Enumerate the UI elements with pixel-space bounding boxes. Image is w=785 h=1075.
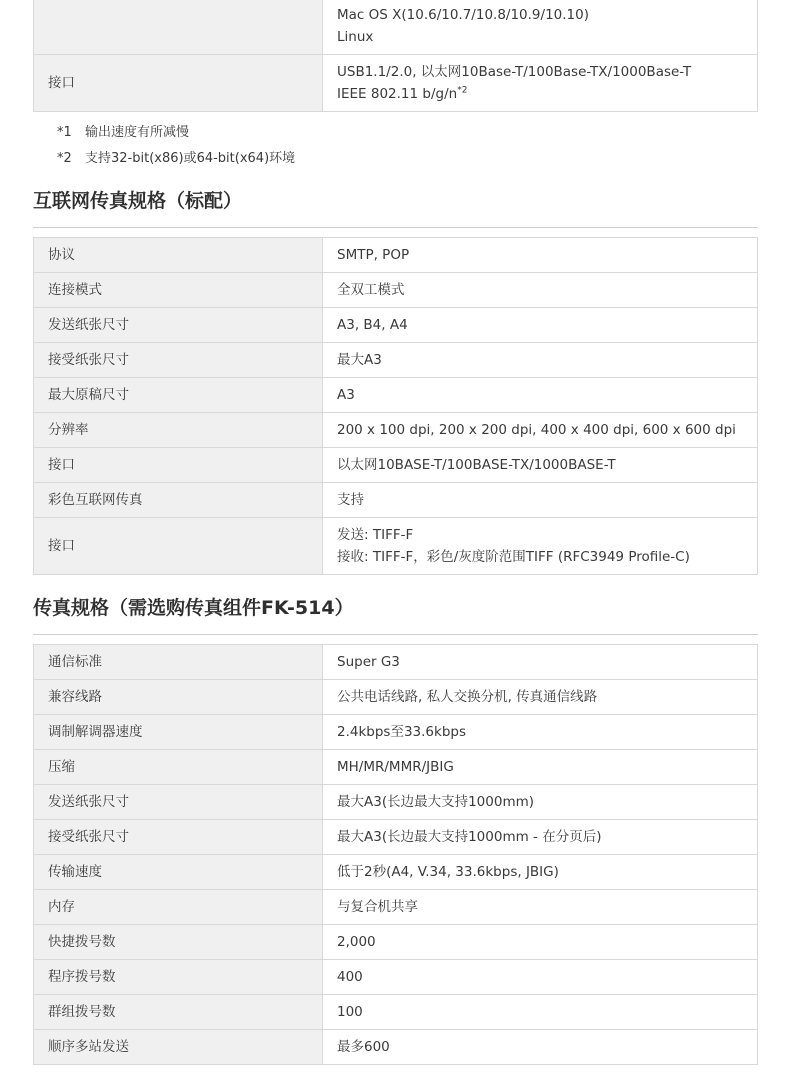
spec-value-cell: SMTP, POP	[323, 238, 758, 273]
spec-label-cell: 发送纸张尺寸	[34, 308, 323, 343]
spec-value-line: 接收: TIFF-F，彩色/灰度阶范围TIFF (RFC3949 Profile…	[337, 546, 743, 568]
spec-value-cell: 以太网10BASE-T/100BASE-TX/1000BASE-T	[323, 448, 758, 483]
footnote-line: *1输出速度有所减慢	[57, 120, 758, 146]
spec-value-cell: MH/MR/MMR/JBIG	[323, 750, 758, 785]
internet-fax-table-body: 协议SMTP, POP连接模式全双工模式发送纸张尺寸A3, B4, A4接受纸张…	[34, 238, 758, 575]
spec-label-cell: 压缩	[34, 750, 323, 785]
spec-label-cell: 连接模式	[34, 273, 323, 308]
spec-row: 发送纸张尺寸最大A3(长边最大支持1000mm)	[34, 785, 758, 820]
internet-fax-table-wrap: 协议SMTP, POP连接模式全双工模式发送纸张尺寸A3, B4, A4接受纸张…	[33, 237, 758, 575]
spec-row: 压缩MH/MR/MMR/JBIG	[34, 750, 758, 785]
spec-label-cell: 通信标准	[34, 645, 323, 680]
spec-value-line: 公共电话线路, 私人交换分机, 传真通信线路	[337, 686, 743, 708]
system-spec-table-body: Mac OS X(10.6/10.7/10.8/10.9/10.10)Linux…	[34, 0, 758, 112]
spec-row: 通信标准Super G3	[34, 645, 758, 680]
spec-label-cell: 快捷拨号数	[34, 925, 323, 960]
spec-row: 传输速度低于2秒(A4, V.34, 33.6kbps, JBIG)	[34, 855, 758, 890]
spec-value-line: 400	[337, 966, 743, 988]
spec-label-cell: 顺序多站发送	[34, 1030, 323, 1065]
footnote-marker: *1	[57, 120, 85, 146]
fax-table-wrap: 通信标准Super G3兼容线路公共电话线路, 私人交换分机, 传真通信线路调制…	[33, 644, 758, 1065]
spec-value-cell: 公共电话线路, 私人交换分机, 传真通信线路	[323, 680, 758, 715]
spec-row: 快捷拨号数2,000	[34, 925, 758, 960]
spec-value-cell: 最多600	[323, 1030, 758, 1065]
spec-label-cell: 程序拨号数	[34, 960, 323, 995]
spec-label-cell	[34, 0, 323, 55]
spec-value-line: 100	[337, 1001, 743, 1023]
spec-label-cell: 最大原稿尺寸	[34, 378, 323, 413]
fax-table-body: 通信标准Super G3兼容线路公共电话线路, 私人交换分机, 传真通信线路调制…	[34, 645, 758, 1065]
spec-value-cell: 支持	[323, 483, 758, 518]
spec-row: 群组拨号数100	[34, 995, 758, 1030]
spec-value-line: 2.4kbps至33.6kbps	[337, 721, 743, 743]
footnote-text: 输出速度有所减慢	[85, 120, 189, 146]
spec-value-line: A3	[337, 384, 743, 406]
internet-fax-spec-table: 协议SMTP, POP连接模式全双工模式发送纸张尺寸A3, B4, A4接受纸张…	[33, 237, 758, 575]
spec-row: 调制解调器速度2.4kbps至33.6kbps	[34, 715, 758, 750]
spec-label-cell: 群组拨号数	[34, 995, 323, 1030]
spec-value-cell: Super G3	[323, 645, 758, 680]
spec-row: 连接模式全双工模式	[34, 273, 758, 308]
spec-row: 内存与复合机共享	[34, 890, 758, 925]
spec-value-cell: 2,000	[323, 925, 758, 960]
spec-row: 程序拨号数400	[34, 960, 758, 995]
spec-row: 接受纸张尺寸最大A3(长边最大支持1000mm - 在分页后)	[34, 820, 758, 855]
spec-value-cell: 全双工模式	[323, 273, 758, 308]
spec-row: 接口发送: TIFF-F接收: TIFF-F，彩色/灰度阶范围TIFF (RFC…	[34, 518, 758, 575]
spec-value-cell: 最大A3(长边最大支持1000mm)	[323, 785, 758, 820]
section-internet-fax-spec: 互联网传真规格（标配） 协议SMTP, POP连接模式全双工模式发送纸张尺寸A3…	[33, 188, 758, 575]
spec-value-cell: 最大A3(长边最大支持1000mm - 在分页后)	[323, 820, 758, 855]
spec-value-line: A3, B4, A4	[337, 314, 743, 336]
spec-row: 彩色互联网传真支持	[34, 483, 758, 518]
section-fax-spec: 传真规格（需选购传真组件FK-514） 通信标准Super G3兼容线路公共电话…	[33, 595, 758, 1065]
footnote-line: *2支持32-bit(x86)或64-bit(x64)环境	[57, 146, 758, 172]
spec-row: 兼容线路公共电话线路, 私人交换分机, 传真通信线路	[34, 680, 758, 715]
spec-value-cell: A3, B4, A4	[323, 308, 758, 343]
internet-fax-section-heading: 互联网传真规格（标配）	[33, 188, 758, 228]
spec-label-cell: 协议	[34, 238, 323, 273]
spec-value-line: 200 x 100 dpi, 200 x 200 dpi, 400 x 400 …	[337, 419, 743, 441]
spec-row: Mac OS X(10.6/10.7/10.8/10.9/10.10)Linux	[34, 0, 758, 55]
spec-value-line: 与复合机共享	[337, 896, 743, 918]
spec-value-cell: Mac OS X(10.6/10.7/10.8/10.9/10.10)Linux	[323, 0, 758, 55]
footnote-marker: *2	[57, 146, 85, 172]
spec-value-cell: USB1.1/2.0, 以太网10Base-T/100Base-TX/1000B…	[323, 55, 758, 112]
spec-row: 协议SMTP, POP	[34, 238, 758, 273]
spec-row: 顺序多站发送最多600	[34, 1030, 758, 1065]
spec-value-cell: 200 x 100 dpi, 200 x 200 dpi, 400 x 400 …	[323, 413, 758, 448]
spec-value-line: IEEE 802.11 b/g/n*2	[337, 83, 743, 105]
spec-value-cell: 最大A3	[323, 343, 758, 378]
spec-value-cell: 与复合机共享	[323, 890, 758, 925]
spec-label-cell: 传输速度	[34, 855, 323, 890]
spec-label-cell: 兼容线路	[34, 680, 323, 715]
spec-value-cell: 400	[323, 960, 758, 995]
spec-value-cell: A3	[323, 378, 758, 413]
spec-value-cell: 发送: TIFF-F接收: TIFF-F，彩色/灰度阶范围TIFF (RFC39…	[323, 518, 758, 575]
spec-value-line: USB1.1/2.0, 以太网10Base-T/100Base-TX/1000B…	[337, 61, 743, 83]
spec-value-line: Mac OS X(10.6/10.7/10.8/10.9/10.10)	[337, 4, 743, 26]
fax-section-heading: 传真规格（需选购传真组件FK-514）	[33, 595, 758, 635]
spec-value-line: Linux	[337, 26, 743, 48]
spec-label-cell: 接口	[34, 55, 323, 112]
spec-value-line: 低于2秒(A4, V.34, 33.6kbps, JBIG)	[337, 861, 743, 883]
spec-label-cell: 接受纸张尺寸	[34, 820, 323, 855]
fax-spec-table: 通信标准Super G3兼容线路公共电话线路, 私人交换分机, 传真通信线路调制…	[33, 644, 758, 1065]
spec-label-cell: 发送纸张尺寸	[34, 785, 323, 820]
spec-label-cell: 彩色互联网传真	[34, 483, 323, 518]
spec-label-cell: 分辨率	[34, 413, 323, 448]
spec-value-line: 以太网10BASE-T/100BASE-TX/1000BASE-T	[337, 454, 743, 476]
spec-label-cell: 内存	[34, 890, 323, 925]
spec-value-line: 全双工模式	[337, 279, 743, 301]
spec-row: 接口USB1.1/2.0, 以太网10Base-T/100Base-TX/100…	[34, 55, 758, 112]
spec-row: 发送纸张尺寸A3, B4, A4	[34, 308, 758, 343]
spec-row: 分辨率200 x 100 dpi, 200 x 200 dpi, 400 x 4…	[34, 413, 758, 448]
spec-label-cell: 接口	[34, 518, 323, 575]
spec-value-line: 最大A3(长边最大支持1000mm - 在分页后)	[337, 826, 743, 848]
footnote-text: 支持32-bit(x86)或64-bit(x64)环境	[85, 146, 295, 172]
spec-value-line: 最大A3	[337, 349, 743, 371]
spec-value-line: 2,000	[337, 931, 743, 953]
system-spec-table: Mac OS X(10.6/10.7/10.8/10.9/10.10)Linux…	[33, 0, 758, 112]
spec-value-line: 最多600	[337, 1036, 743, 1058]
spec-value-line: 发送: TIFF-F	[337, 524, 743, 546]
spec-value-cell: 低于2秒(A4, V.34, 33.6kbps, JBIG)	[323, 855, 758, 890]
spec-row: 接受纸张尺寸最大A3	[34, 343, 758, 378]
spec-value-line: Super G3	[337, 651, 743, 673]
spec-row: 最大原稿尺寸A3	[34, 378, 758, 413]
spec-value-line: MH/MR/MMR/JBIG	[337, 756, 743, 778]
spec-value-cell: 100	[323, 995, 758, 1030]
spec-label-cell: 调制解调器速度	[34, 715, 323, 750]
footnote-reference: *2	[457, 86, 467, 96]
spec-label-cell: 接受纸张尺寸	[34, 343, 323, 378]
spec-value-line: 支持	[337, 489, 743, 511]
spec-value-line: 最大A3(长边最大支持1000mm)	[337, 791, 743, 813]
spec-value-cell: 2.4kbps至33.6kbps	[323, 715, 758, 750]
spec-page: Mac OS X(10.6/10.7/10.8/10.9/10.10)Linux…	[0, 0, 785, 1075]
spec-label-cell: 接口	[34, 448, 323, 483]
spec-row: 接口以太网10BASE-T/100BASE-TX/1000BASE-T	[34, 448, 758, 483]
footnotes: *1输出速度有所减慢*2支持32-bit(x86)或64-bit(x64)环境	[33, 120, 758, 172]
spec-value-line: SMTP, POP	[337, 244, 743, 266]
